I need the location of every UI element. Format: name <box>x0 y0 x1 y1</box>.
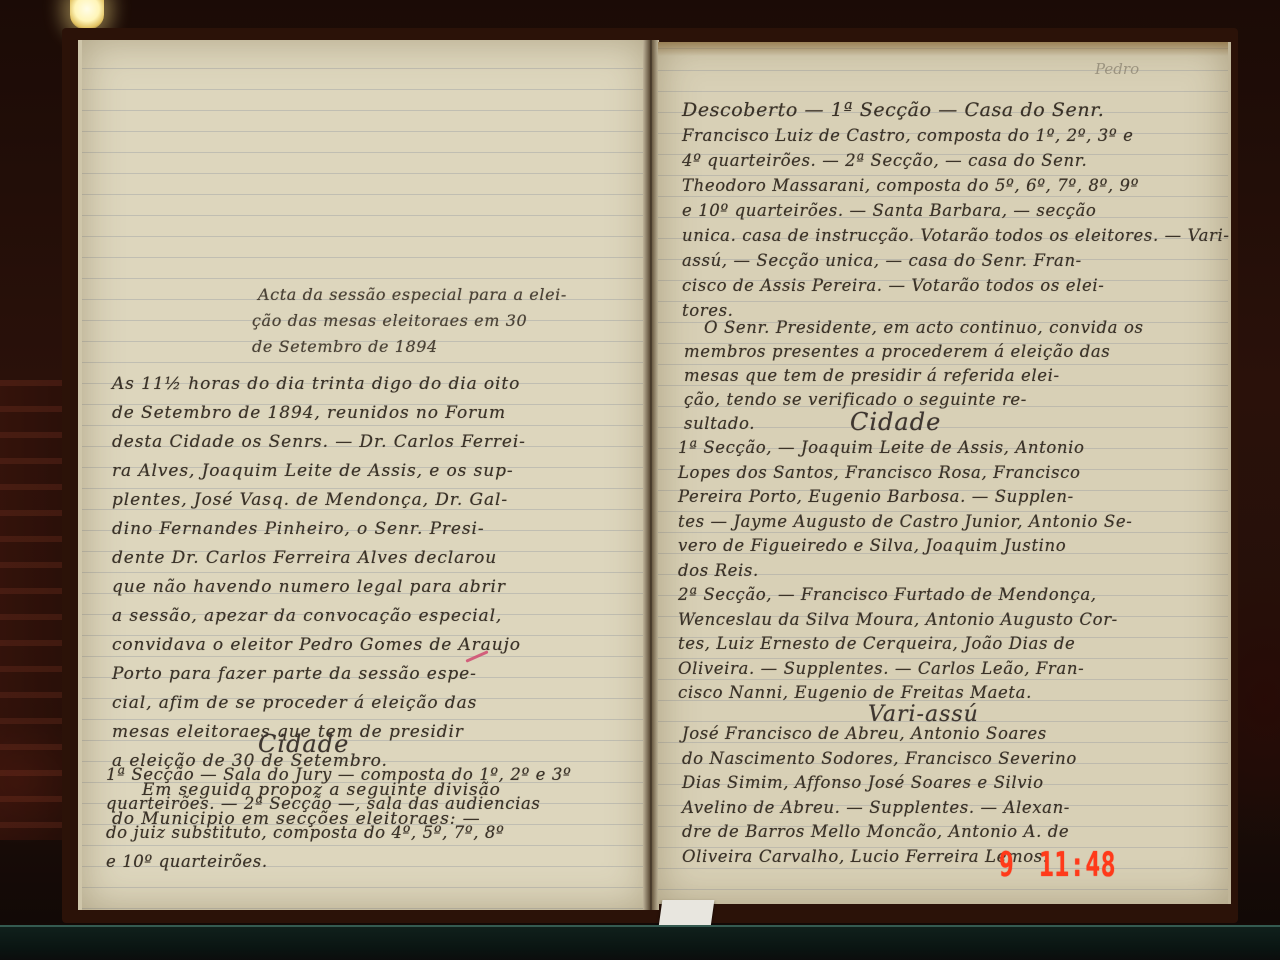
text-line: do juiz substituto, composta do 4º, 5º, … <box>106 818 571 847</box>
text-line: 2ª Secção, — Francisco Furtado de Mendon… <box>678 583 1132 608</box>
text-line: Avelino de Abreu. — Supplentes. — Alexan… <box>682 796 1077 821</box>
session-title: Acta da sessão especial para a elei- ção… <box>258 282 567 360</box>
text-line: mesas que tem de presidir á referida ele… <box>684 364 1144 388</box>
text-line: Oliveira. — Supplentes. — Carlos Leão, F… <box>678 657 1132 682</box>
text-line: desta Cidade os Senrs. — Dr. Carlos Ferr… <box>112 428 526 457</box>
text-line: dente Dr. Carlos Ferreira Alves declarou <box>112 544 526 573</box>
cidade-heading-left: Cidade <box>258 730 349 759</box>
text-line: As 11½ horas do dia trinta digo do dia o… <box>112 370 526 399</box>
text-line: a sessão, apezar da convocação especial, <box>112 602 526 631</box>
text-line: Theodoro Massarani, composta do 5º, 6º, … <box>682 173 1230 198</box>
text-line: e 10º quarteirões. <box>106 847 571 876</box>
display-case-edge <box>0 925 1280 960</box>
text-line: plentes, José Vasq. de Mendonça, Dr. Gal… <box>112 486 526 515</box>
text-line: Lopes dos Santos, Francisco Rosa, Franci… <box>678 461 1132 486</box>
text-line: tes, Luiz Ernesto de Cerqueira, João Dia… <box>678 632 1132 657</box>
text-line: 1ª Secção, — Joaquim Leite de Assis, Ant… <box>678 436 1132 461</box>
text-line: de Setembro de 1894, reunidos no Forum <box>112 399 526 428</box>
text-line: convidava o eleitor Pedro Gomes de Arauj… <box>112 631 526 660</box>
text-line: Pereira Porto, Eugenio Barbosa. — Supple… <box>678 485 1132 510</box>
text-line: Porto para fazer parte da sessão espe- <box>112 660 526 689</box>
text-line: unica. casa de instrucção. Votarão todos… <box>682 223 1230 248</box>
text-line: dino Fernandes Pinheiro, o Senr. Presi- <box>112 515 526 544</box>
timestamp-day: 9 <box>999 845 1014 885</box>
book-gutter <box>643 40 659 910</box>
timestamp-time: 11:48 <box>1039 845 1116 885</box>
right-cidade-list: 1ª Secção, — Joaquim Leite de Assis, Ant… <box>678 436 1132 706</box>
page-corner-note: Pedro <box>1095 60 1139 78</box>
text-line: que não havendo numero legal para abrir <box>112 573 526 602</box>
session-title-line: ção das mesas eleitoraes em 30 <box>252 308 567 334</box>
text-line: assú, — Secção unica, — casa do Senr. Fr… <box>682 248 1230 273</box>
text-line: 1ª Secção — Sala do Jury — composta do 1… <box>106 760 571 789</box>
camera-timestamp: 911:48 <box>999 845 1116 885</box>
text-line: Descoberto — 1ª Secção — Casa do Senr. <box>682 98 1230 123</box>
session-title-line: de Setembro de 1894 <box>252 334 567 360</box>
text-line: Wenceslau da Silva Moura, Antonio August… <box>678 608 1132 633</box>
text-line: do Nascimento Sodores, Francisco Severin… <box>682 747 1077 772</box>
text-line: membros presentes a procederem á eleição… <box>684 340 1144 364</box>
text-line: José Francisco de Abreu, Antonio Soares <box>682 722 1077 747</box>
text-line: cisco de Assis Pereira. — Votarão todos … <box>682 273 1230 298</box>
text-line: 4º quarteirões. — 2ª Secção, — casa do S… <box>682 148 1230 173</box>
text-line: tes — Jayme Augusto de Castro Junior, An… <box>678 510 1132 535</box>
lamp-glare <box>70 0 104 30</box>
text-line: quarteirões. — 2ª Secção —, sala das aud… <box>106 789 571 818</box>
text-line: Dias Simim, Affonso José Soares e Silvio <box>682 771 1077 796</box>
text-line: Francisco Luiz de Castro, composta do 1º… <box>682 123 1230 148</box>
right-top-text: Descoberto — 1ª Secção — Casa do Senr. F… <box>682 98 1230 323</box>
text-line: dre de Barros Mello Moncão, Antonio A. d… <box>682 820 1077 845</box>
text-line: vero de Figueiredo e Silva, Joaquim Just… <box>678 534 1132 559</box>
left-section-list: 1ª Secção — Sala do Jury — composta do 1… <box>106 760 571 876</box>
cidade-heading-right: Cidade <box>850 408 941 437</box>
session-title-line: Acta da sessão especial para a elei- <box>258 282 567 308</box>
text-line: O Senr. Presidente, em acto continuo, co… <box>704 316 1144 340</box>
text-line: cial, afim de se proceder á eleição das <box>112 689 526 718</box>
text-line: dos Reis. <box>678 559 1132 584</box>
text-line: ra Alves, Joaquim Leite de Assis, e os s… <box>112 457 526 486</box>
text-line: e 10º quarteirões. — Santa Barbara, — se… <box>682 198 1230 223</box>
